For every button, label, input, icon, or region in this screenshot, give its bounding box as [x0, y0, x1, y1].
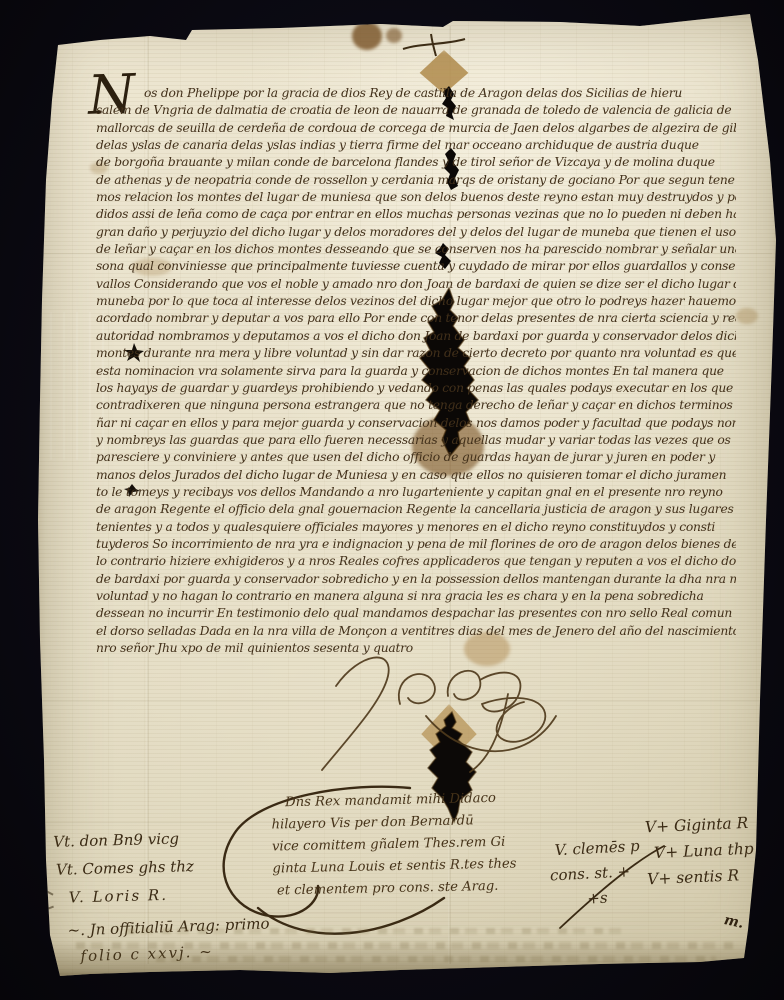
manuscript-line: de athenas y de neopatria conde de rosse…: [96, 172, 736, 189]
corner-scribble-mark: m.: [723, 912, 746, 932]
manuscript-line: tenientes y a todos y qualesquiere offic…: [96, 519, 736, 536]
manuscript-line: voluntad y no hagan lo contrario en mane…: [96, 588, 736, 605]
manuscript-line: to le tomeys y recibays vos dellos Manda…: [96, 484, 736, 501]
registry-note-line: folio c xxvj. ~: [80, 936, 271, 969]
chancery-note-line: et clementem pro cons. ste Arag.: [277, 875, 517, 902]
manuscript-line: tuyderos So incorrimiento de nra yra e i…: [96, 536, 736, 553]
manuscript-sheet: N os don Phelippe por la gracia de dios …: [36, 12, 778, 978]
manuscript-line: autoridad nombramos y deputamos a vos el…: [96, 328, 736, 345]
foxing-spot: [736, 308, 758, 324]
manuscript-line: salem de Vngria de dalmatia de croatia d…: [96, 102, 736, 119]
council-signature: Vt. don Bn9 vicg: [53, 824, 193, 856]
manuscript-line: delas yslas de canaria delas yslas india…: [96, 137, 736, 154]
manuscript-line: de leñar y caçar en los dichos montes de…: [96, 241, 736, 258]
council-signature: Vt. Comes ghs thz: [56, 852, 194, 884]
chancery-note: Dñs Rex mandamit mihi Didacohilayero Vis…: [271, 787, 517, 902]
photo-background: N os don Phelippe por la gracia de dios …: [0, 0, 784, 1000]
manuscript-line: muneba por lo que toca al interesse delo…: [96, 293, 736, 310]
manuscript-line: os don Phelippe por la gracia de dios Re…: [96, 85, 736, 102]
manuscript-line: ñar ni caçar en ellos y para mejor guard…: [96, 415, 736, 432]
manuscript-line: el dorso selladas Dada en la nra villa d…: [96, 623, 736, 640]
manuscript-line: de bardaxi por guarda y conservador sobr…: [96, 571, 736, 588]
manuscript-line: mallorcas de seuilla de cerdeña de cordo…: [96, 120, 736, 137]
manuscript-line: vallos Considerando que vos el noble y a…: [96, 276, 736, 293]
manuscript-line: mos relacion los montes del lugar de mun…: [96, 189, 736, 206]
manuscript-line: y nombreys las guardas que para ello fue…: [96, 432, 736, 449]
royal-signature: [308, 648, 563, 773]
council-signature: V+ Luna thp: [653, 836, 754, 866]
manuscript-line: manos delos Jurados del dicho lugar de M…: [96, 467, 736, 484]
manuscript-line: acordado nombrar y deputar a vos para el…: [96, 310, 736, 327]
manuscript-line: contradixeren que ninguna persona estran…: [96, 397, 736, 414]
manuscript-line: de aragon Regente el officio dela gnal g…: [96, 501, 736, 518]
council-signature: V. Loris R.: [68, 880, 194, 911]
manuscript-line: paresciere y conviniere y antes que usen…: [96, 449, 736, 466]
cross-mark: [401, 32, 467, 58]
registry-note: ~. Jn offitialiū Arag: primofolio c xxvj…: [67, 910, 271, 969]
left-signature-column: Vt. don Bn9 vicgVt. Comes ghs thzV. Lori…: [53, 824, 195, 912]
manuscript-line: sona qual conviniesse que principalmente…: [96, 258, 736, 275]
manuscript-line: los hayays de guardar y guardeys prohibi…: [96, 380, 736, 397]
edge-scratch: [40, 906, 54, 913]
edge-scratch: [38, 886, 53, 895]
ink-stain-spot: [352, 22, 382, 50]
manuscript-line: dessean no incurrir En testimonio delo q…: [96, 605, 736, 622]
manuscript-line: didos assi de leña como de caça por entr…: [96, 206, 736, 223]
manuscript-body-text: os don Phelippe por la gracia de dios Re…: [96, 85, 736, 657]
clemens-rubric-stroke: [556, 842, 666, 932]
manuscript-line: lo contrario hiziere exhigideros y a nro…: [96, 553, 736, 570]
manuscript-line: montes durante nra mera y libre voluntad…: [96, 345, 736, 362]
manuscript-line: gran daño y perjuyzio del dicho lugar y …: [96, 224, 736, 241]
manuscript-line: esta nominacion vra solamente sirva para…: [96, 363, 736, 380]
ink-stain-spot: [386, 28, 402, 43]
manuscript-line: de borgoña brauante y milan conde de bar…: [96, 154, 736, 171]
